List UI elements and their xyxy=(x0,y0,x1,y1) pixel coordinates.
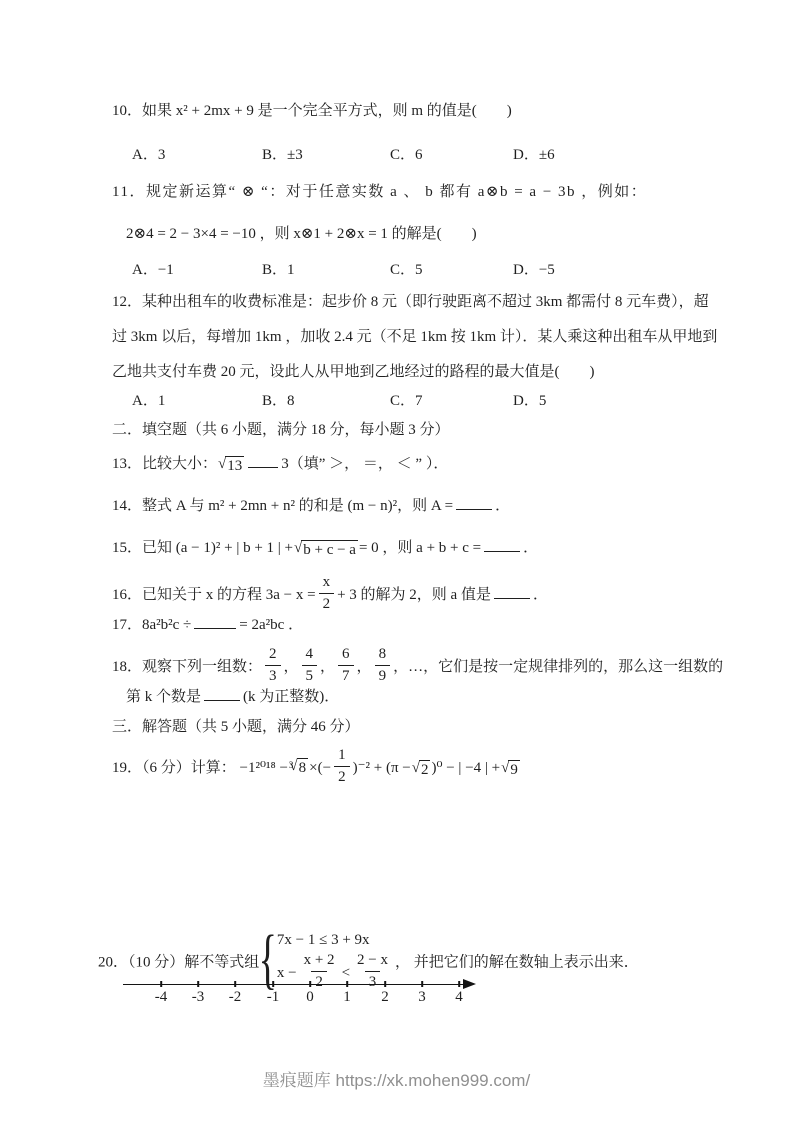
fraction-8-9: 89 xyxy=(375,646,391,685)
question-18-pre: 18．观察下列一组数： xyxy=(112,659,262,675)
question-17-pre: 17．8a²b²c ÷ xyxy=(112,617,191,633)
question-14-pre: 14．整式 A 与 m² + 2mn + n² 的和是 (m − n)²，则 A… xyxy=(112,498,453,514)
question-12-line3: 乙地共支付车费 20 元，设此人从甲地到乙地经过的路程的最大值是( ) xyxy=(112,361,595,383)
exam-page: 10．如果 x² + 2mx + 9 是一个完全平方式，则 m 的值是( ) A… xyxy=(0,0,793,1122)
option-c: C．6 xyxy=(390,143,423,164)
option-a: A．1 xyxy=(132,389,165,410)
tick-label: -1 xyxy=(267,989,280,1006)
fraction-6-7: 67 xyxy=(338,646,354,685)
question-18-line2: 第 k 个数是(k 为正整数)． xyxy=(126,685,339,708)
tick-label: 2 xyxy=(381,989,389,1006)
question-15: 15．已知 (a − 1)² + | b + 1 | +√b + c − a= … xyxy=(112,536,538,559)
section-3-title: 三．解答题（共 5 小题，满分 46 分） xyxy=(112,716,360,738)
tick-label: -3 xyxy=(192,989,205,1006)
separator: ， xyxy=(320,659,335,675)
option-c: C．5 xyxy=(390,258,423,279)
fraction-4-5: 45 xyxy=(302,646,318,685)
question-15-end: ． xyxy=(523,540,538,556)
tick-label: 4 xyxy=(455,989,463,1006)
question-19-mid3: )⁰ − | −4 | + xyxy=(431,760,500,776)
option-d: D．±6 xyxy=(513,143,555,164)
question-16-mid: + 3 的解为 2，则 a 值是 xyxy=(337,587,491,603)
separator: ， xyxy=(284,659,299,675)
question-13-pre: 13．比较大小： xyxy=(112,456,217,472)
question-20-pre: 20．（10 分）解不等式组 xyxy=(98,954,259,970)
tick-mark xyxy=(272,981,274,987)
question-18-line2-pre: 第 k 个数是 xyxy=(126,689,201,705)
question-18-mid: ，…，它们是按一定规律排列的，那么这一组数的 xyxy=(393,659,723,675)
question-16-end: ． xyxy=(533,587,548,603)
question-17-post: = 2a²bc ． xyxy=(239,617,303,633)
answer-blank xyxy=(194,613,236,629)
option-a: A．−1 xyxy=(132,258,174,279)
question-15-pre: 15．已知 (a − 1)² + | b + 1 | + xyxy=(112,540,293,556)
cube-root-8: 3√8 xyxy=(289,758,308,780)
question-14-end: ． xyxy=(495,498,510,514)
option-a: A．3 xyxy=(132,143,165,164)
tick-mark xyxy=(309,981,311,987)
fraction-x-over-2: x2 xyxy=(319,574,335,613)
fraction-1-2: 12 xyxy=(334,747,350,786)
tick-mark xyxy=(384,981,386,987)
question-19-mid2: )⁻² + (π − xyxy=(353,760,411,776)
tick-label: -2 xyxy=(229,989,242,1006)
question-12-options: A．1 B．8 C．7 D．5 xyxy=(112,389,752,411)
question-19-mid1: ×(− xyxy=(309,760,331,776)
inequality-1: 7x − 1 ≤ 3 + 9x xyxy=(277,929,370,951)
number-line: -4 -3 -2 -1 0 1 2 3 4 xyxy=(123,976,483,1012)
tick-label: -4 xyxy=(155,989,168,1006)
tick-label: 3 xyxy=(418,989,426,1006)
question-15-mid: = 0 ，则 a + b + c = xyxy=(359,540,481,556)
question-16: 16．已知关于 x 的方程 3a − x =x2+ 3 的解为 2，则 a 值是… xyxy=(112,576,548,615)
sqrt-2: √2 xyxy=(412,760,431,779)
option-b: B．±3 xyxy=(262,143,303,164)
question-16-pre: 16．已知关于 x 的方程 3a − x = xyxy=(112,587,316,603)
tick-mark xyxy=(421,981,423,987)
question-11-text: 11．规定新运算“ ⊗ “：对于任意实数 a 、 b 都有 a⊗b = a − … xyxy=(112,181,647,203)
tick-mark xyxy=(234,981,236,987)
question-10-text: 10．如果 x² + 2mx + 9 是一个完全平方式，则 m 的值是( ) xyxy=(112,100,512,122)
answer-blank xyxy=(204,685,240,701)
sqrt-13: √13 xyxy=(218,456,244,475)
question-18-line1: 18．观察下列一组数：23，45，67，89，…，它们是按一定规律排列的，那么这… xyxy=(112,648,723,687)
tick-label: 1 xyxy=(343,989,351,1006)
tick-mark xyxy=(458,981,460,987)
question-20-post: ， 并把它们的解在数轴上表示出来． xyxy=(395,954,639,970)
answer-blank xyxy=(494,583,530,599)
tick-label: 0 xyxy=(306,989,314,1006)
question-17: 17．8a²b²c ÷= 2a²bc ． xyxy=(112,613,303,636)
fraction-2-3: 23 xyxy=(265,646,281,685)
number-line-arrowhead-icon xyxy=(463,979,476,989)
answer-blank xyxy=(484,536,520,552)
section-2-title: 二．填空题（共 6 小题，满分 18 分，每小题 3 分） xyxy=(112,419,450,441)
option-b: B．1 xyxy=(262,258,295,279)
question-14: 14．整式 A 与 m² + 2mn + n² 的和是 (m − n)²，则 A… xyxy=(112,494,510,517)
option-d: D．−5 xyxy=(513,258,555,279)
question-19: 19．（6 分）计算： −1²⁰¹⁸ −3√8×(−12)⁻² + (π −√2… xyxy=(112,749,521,788)
question-13: 13．比较大小：√133（填” ＞， ＝， ＜ ” ）． xyxy=(112,452,448,475)
question-13-post: 3（填” ＞， ＝， ＜ ” ）． xyxy=(281,456,448,472)
question-11-example: 2⊗4 = 2 − 3×4 = −10 ，则 x⊗1 + 2⊗x = 1 的解是… xyxy=(126,223,477,245)
question-19-pre: 19．（6 分）计算： −1²⁰¹⁸ − xyxy=(112,760,288,776)
question-12-line2: 过 3km 以后，每增加 1km ，加收 2.4 元（不足 1km 按 1km … xyxy=(112,326,717,348)
tick-mark xyxy=(160,981,162,987)
tick-mark xyxy=(346,981,348,987)
question-10-options: A．3 B．±3 C．6 D．±6 xyxy=(112,143,752,165)
number-line-axis xyxy=(123,984,467,985)
option-d: D．5 xyxy=(513,389,546,410)
option-b: B．8 xyxy=(262,389,295,410)
separator: ， xyxy=(357,659,372,675)
question-12-line1: 12．某种出租车的收费标准是：起步价 8 元（即行驶距离不超过 3km 都需付 … xyxy=(112,291,709,313)
answer-blank xyxy=(248,452,278,468)
sqrt-9: √9 xyxy=(501,760,520,779)
question-11-options: A．−1 B．1 C．5 D．−5 xyxy=(112,258,752,280)
sqrt-b-plus-c-minus-a: √b + c − a xyxy=(294,540,358,559)
footer-credit: 墨痕题库 https://xk.mohen999.com/ xyxy=(0,1066,793,1091)
answer-blank xyxy=(456,494,492,510)
question-18-line2-post: (k 为正整数)． xyxy=(243,689,339,705)
tick-mark xyxy=(197,981,199,987)
option-c: C．7 xyxy=(390,389,423,410)
